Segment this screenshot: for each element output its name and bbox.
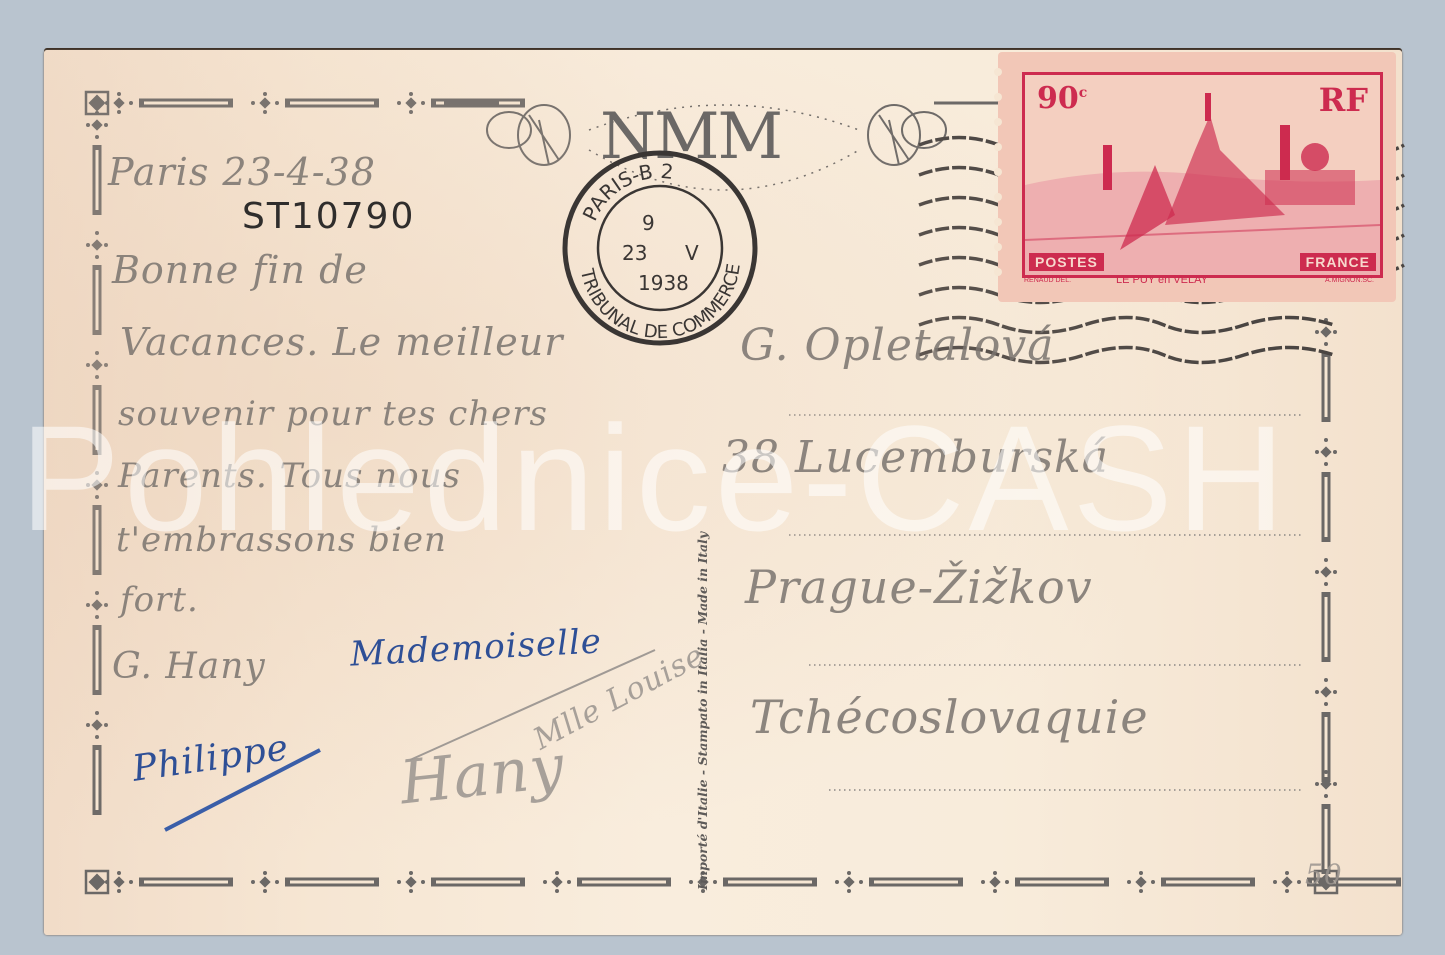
address-line-name: G. Opletalová (740, 320, 1054, 371)
stamp-denomination: 90c (1037, 81, 1087, 116)
stamp-place-name: LE PUY en VELAY (1116, 274, 1208, 286)
message-signature: G. Hany (112, 646, 266, 687)
stamp-label-france: FRANCE (1300, 253, 1376, 271)
postmark-year: 1938 (638, 271, 689, 295)
circular-postmark: PARIS-B 2 TRIBUNAL DE COMMERCE 9 23 V 19… (560, 148, 760, 348)
postage-stamp: 90c RF POSTES FRANCE RENAUD DEL. LE PUY … (998, 52, 1396, 302)
postmark-hour: 9 (642, 211, 655, 235)
corner-pencil-number: 50 (1305, 858, 1343, 891)
pansy-ornament-right (868, 105, 946, 165)
pansy-ornament-left (487, 105, 570, 165)
message-line-2: Vacances. Le meilleur (120, 320, 563, 364)
made-in-italy-imprint: Importé d'Italie - Stampato in Italia - … (695, 532, 710, 890)
postmark-city: PARIS-B 2 (578, 159, 675, 225)
message-line-5: t'embrassons bien (116, 520, 447, 560)
pencil-stroke (405, 640, 665, 770)
address-line-country: Tchécoslovaquie (750, 690, 1149, 744)
stamp-designer: RENAUD DEL. (1024, 277, 1071, 284)
message-line-6: fort. (120, 580, 199, 620)
address-line-street: 38 Lucemburská (722, 432, 1109, 483)
postmark-day: 23 (622, 241, 647, 265)
address-line-city: Prague-Žižkov (745, 560, 1093, 614)
stamp-label-postes: POSTES (1029, 253, 1104, 271)
message-line-3: souvenir pour tes chers (118, 394, 548, 434)
stamp-country-code: RF (1319, 81, 1368, 119)
message-line-1: Bonne fin de (112, 248, 368, 292)
reference-number: ST10790 (242, 196, 415, 237)
blue-ink-stroke (160, 740, 330, 840)
svg-text:PARIS-B 2: PARIS-B 2 (578, 159, 675, 225)
stamp-design: 90c RF POSTES FRANCE (1022, 72, 1383, 278)
stamp-engraver: A.MIGNON.SC. (1325, 277, 1374, 284)
message-line-4: Parents. Tous nous (118, 456, 461, 496)
message-date: Paris 23-4-38 (108, 150, 376, 194)
postmark-month: V (685, 241, 699, 265)
